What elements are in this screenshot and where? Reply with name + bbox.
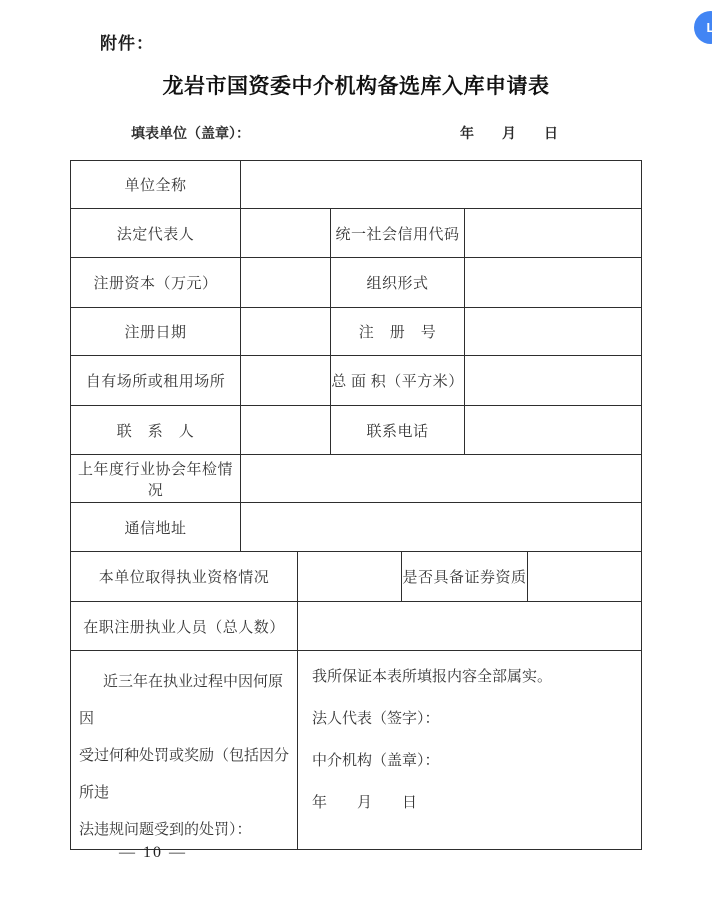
declaration-seal-label: 中介机构（盖章）： — [312, 751, 635, 771]
declaration-statement: 我所保证本表所填报内容全部属实。 — [312, 667, 635, 687]
reg-no-value-cell — [465, 308, 642, 356]
area-label: 总 面 积（平方米） — [331, 356, 465, 406]
page-number: — 10 — — [119, 844, 187, 862]
contact-label: 联 系 人 — [71, 406, 241, 455]
table-row-address: 通信地址 — [71, 503, 642, 552]
staff-value-cell — [298, 602, 642, 651]
phone-label: 联系电话 — [331, 406, 465, 455]
area-value-cell — [465, 356, 642, 406]
document-page: L 附件： 龙岩市国资委中介机构备选库入库申请表 填表单位（盖章）： 年 月 日… — [0, 0, 712, 921]
table-row-annual-check: 上年度行业协会年检情况 — [71, 455, 642, 503]
qualification-label: 本单位取得执业资格情况 — [71, 552, 298, 602]
reg-date-value-cell — [241, 308, 331, 356]
address-label: 通信地址 — [71, 503, 241, 552]
table-row-staff: 在职注册执业人员（总人数） — [71, 602, 642, 651]
table-row-penalty-declaration: 近三年在执业过程中因何原因 受过何种处罚或奖励（包括因分所违 法违规问题受到的处… — [71, 651, 642, 850]
annual-check-value-cell — [241, 455, 642, 503]
staff-label: 在职注册执业人员（总人数） — [71, 602, 298, 651]
table-row-reg-date: 注册日期 注 册 号 — [71, 308, 642, 356]
credit-code-value-cell — [465, 209, 642, 258]
annual-check-label: 上年度行业协会年检情况 — [71, 455, 241, 503]
qualification-value-cell — [298, 552, 402, 602]
table-row-premises: 自有场所或租用场所 总 面 积（平方米） — [71, 356, 642, 406]
contact-value-cell — [241, 406, 331, 455]
securities-value-cell — [528, 552, 642, 602]
penalty-label-cell: 近三年在执业过程中因何原因 受过何种处罚或奖励（包括因分所违 法违规问题受到的处… — [71, 651, 298, 850]
floating-action-button[interactable]: L — [694, 11, 712, 44]
org-form-label: 组织形式 — [331, 258, 465, 308]
premises-value-cell — [241, 356, 331, 406]
table-row-qualification: 本单位取得执业资格情况 是否具备证券资质 — [71, 552, 642, 602]
credit-code-label: 统一社会信用代码 — [331, 209, 465, 258]
declaration-signature-label: 法人代表（签字）： — [312, 709, 635, 729]
reg-no-label: 注 册 号 — [331, 308, 465, 356]
legal-rep-label: 法定代表人 — [71, 209, 241, 258]
table-row-contact: 联 系 人 联系电话 — [71, 406, 642, 455]
legal-rep-value-cell — [241, 209, 331, 258]
table-row-unit-name: 单位全称 — [71, 161, 642, 209]
reg-date-label: 注册日期 — [71, 308, 241, 356]
org-form-value-cell — [465, 258, 642, 308]
declaration-date-label: 年 月 日 — [312, 793, 635, 813]
penalty-line-2: 受过何种处罚或奖励（包括因分所违 — [79, 738, 289, 812]
securities-label: 是否具备证券资质 — [402, 552, 528, 602]
form-subheader: 填表单位（盖章）： 年 月 日 — [131, 123, 558, 143]
page-title: 龙岩市国资委中介机构备选库入库申请表 — [0, 70, 712, 100]
application-form-table: 单位全称 法定代表人 统一社会信用代码 注册资本（万元） 组织形式 注册日期 注… — [70, 160, 642, 850]
unit-name-value-cell — [241, 161, 642, 209]
attachment-label: 附件： — [100, 29, 154, 54]
reg-capital-value-cell — [241, 258, 331, 308]
unit-name-label: 单位全称 — [71, 161, 241, 209]
form-unit-label: 填表单位（盖章）： — [131, 123, 250, 143]
table-row-legal-rep: 法定代表人 统一社会信用代码 — [71, 209, 642, 258]
reg-capital-label: 注册资本（万元） — [71, 258, 241, 308]
premises-label: 自有场所或租用场所 — [71, 356, 241, 406]
declaration-cell: 我所保证本表所填报内容全部属实。 法人代表（签字）： 中介机构（盖章）： 年 月… — [298, 651, 642, 850]
penalty-line-1: 近三年在执业过程中因何原因 — [79, 664, 289, 738]
table-row-reg-capital: 注册资本（万元） 组织形式 — [71, 258, 642, 308]
phone-value-cell — [465, 406, 642, 455]
floating-button-label: L — [707, 20, 712, 35]
header-date-label: 年 月 日 — [460, 123, 558, 143]
address-value-cell — [241, 503, 642, 552]
